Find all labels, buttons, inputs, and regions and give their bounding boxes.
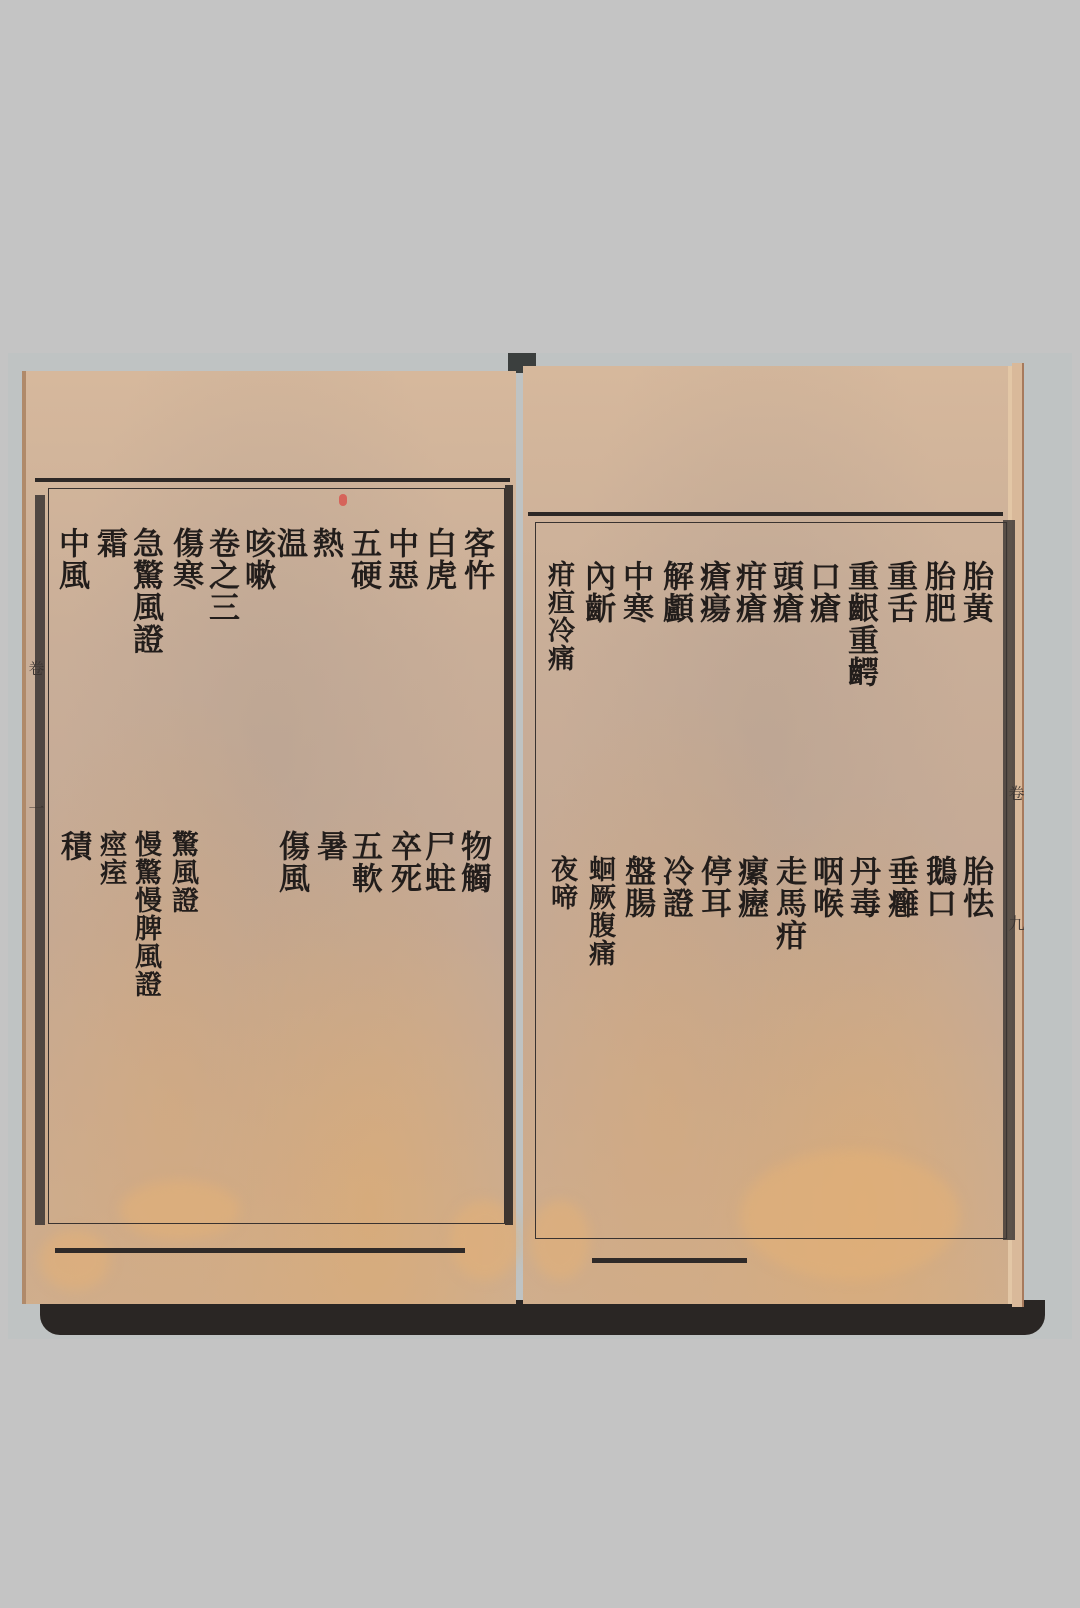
toc-entry: 停耳 — [696, 855, 730, 919]
red-ink-mark — [339, 494, 347, 506]
toc-entry: 慢驚慢脾風證 — [128, 830, 162, 998]
toc-entry: 胎肥 — [920, 560, 954, 624]
toc-entry: 盤腸 — [620, 855, 654, 919]
left-page-margin-band — [35, 495, 45, 1225]
toc-entry: 胎黃 — [958, 560, 992, 624]
left-margin-mark: 卷 — [24, 660, 47, 676]
toc-entry: 丹毒 — [845, 855, 879, 919]
center-fold-band — [505, 485, 513, 1225]
toc-entry: 解顱 — [658, 560, 692, 624]
toc-entry: 冷證 — [658, 855, 692, 919]
toc-entry: 尸蛀 — [420, 830, 454, 894]
toc-entry: 重舌 — [882, 560, 916, 624]
toc-entry: 霜 — [92, 527, 126, 559]
right-bottom-rule — [592, 1258, 747, 1263]
toc-entry: 鵝口 — [921, 855, 955, 919]
toc-entry: 積 — [56, 830, 90, 862]
toc-entry: 咳嗽 — [240, 527, 274, 591]
left-margin-mark: 一 — [24, 800, 47, 816]
toc-entry: 中寒 — [618, 560, 652, 624]
toc-entry: 垂癰 — [883, 855, 917, 919]
right-page-margin-band — [1003, 520, 1015, 1240]
toc-entry: 白虎 — [421, 527, 455, 591]
toc-entry: 急驚風證 — [128, 527, 162, 655]
toc-entry: 熱 — [308, 527, 342, 559]
toc-entry: 蛔厥腹痛 — [582, 855, 616, 967]
toc-entry: 走馬疳 — [771, 855, 805, 951]
toc-entry: 胎怯 — [958, 855, 992, 919]
toc-entry: 中惡 — [383, 527, 417, 591]
toc-entry: 瘰癧 — [733, 855, 767, 919]
toc-entry: 疳疸冷痛 — [541, 560, 575, 672]
toc-entry: 物觸 — [456, 830, 490, 894]
right-margin-mark: 卷 — [1004, 785, 1027, 801]
toc-entry: 疳瘡 — [731, 560, 765, 624]
toc-entry: 瘡瘍 — [695, 560, 729, 624]
toc-entry: 傷風 — [274, 830, 308, 894]
toc-entry: 傷寒 — [168, 527, 202, 591]
left-bottom-rule — [55, 1248, 465, 1253]
toc-entry: 驚風證 — [165, 830, 199, 914]
toc-entry: 咽喉 — [808, 855, 842, 919]
toc-entry: 五軟 — [347, 830, 381, 894]
toc-entry: 痙痓 — [93, 830, 127, 886]
toc-entry: 重齦重齶 — [843, 560, 877, 688]
toc-entry: 暑 — [312, 830, 346, 862]
toc-entry: 中風 — [54, 527, 88, 591]
volume-heading: 卷之三 — [204, 527, 238, 623]
toc-entry: 温 — [272, 527, 306, 559]
toc-entry: 客忤 — [459, 527, 493, 591]
toc-entry: 夜啼 — [544, 855, 578, 911]
toc-entry: 內齗 — [580, 560, 614, 624]
right-margin-mark: 九 — [1004, 915, 1027, 931]
toc-entry: 口瘡 — [805, 560, 839, 624]
toc-entry: 五硬 — [346, 527, 380, 591]
toc-entry: 卒死 — [386, 830, 420, 894]
book-shadow — [40, 1300, 1045, 1335]
toc-entry: 頭瘡 — [768, 560, 802, 624]
